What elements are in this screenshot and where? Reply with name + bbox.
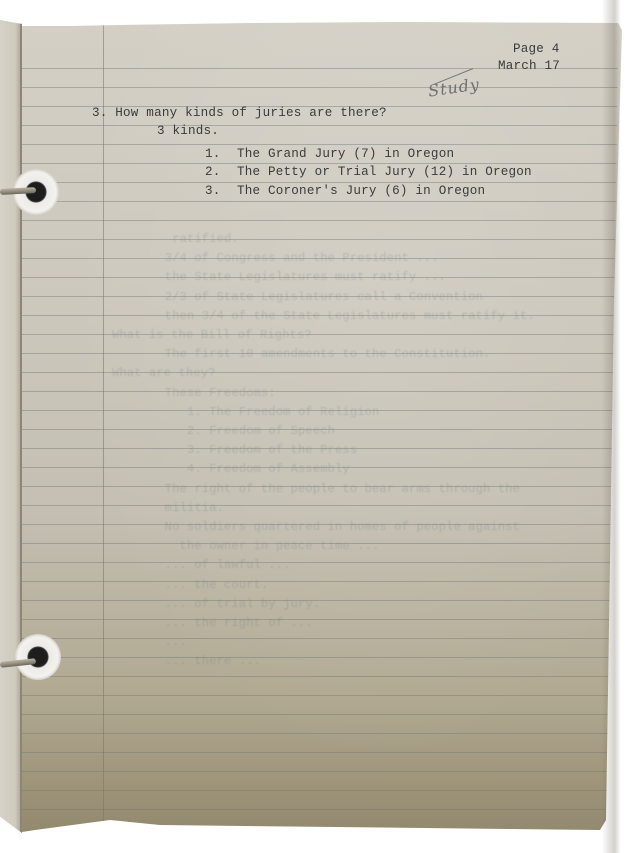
list-number: 1. — [205, 147, 237, 161]
page-number: Page 4 — [513, 42, 560, 56]
red-margin-line — [103, 25, 104, 825]
show-through-line: 2. Freedom of Speech — [150, 424, 335, 438]
show-through-line: the State Legislatures must ratify ... — [150, 270, 446, 284]
previous-page-edge — [0, 18, 22, 833]
show-through-line: 3. Freedom of the Press — [150, 443, 357, 457]
show-through-line: ... there ... — [150, 654, 268, 668]
show-through-line: 1. The Freedom of Religion — [150, 405, 379, 419]
show-through-line: ... of trial by jury. — [150, 597, 320, 611]
notebook-page-photo: ratified. 3/4 of Congress and the Presid… — [0, 0, 640, 853]
show-through-line: 2/3 of State Legislatures call a Convent… — [150, 290, 483, 304]
list-text: The Coroner's Jury (6) in Oregon — [237, 184, 485, 198]
show-through-line: ... — [150, 635, 194, 649]
show-through-line: then 3/4 of the State Legislatures must … — [150, 309, 535, 323]
list-text: The Petty or Trial Jury (12) in Oregon — [237, 165, 532, 179]
list-item: 2.The Petty or Trial Jury (12) in Oregon — [205, 165, 532, 179]
question-answer: 3 kinds. — [157, 124, 219, 138]
show-through-line: What is the Bill of Rights? — [112, 328, 312, 342]
show-through-line: No soldiers quartered in homes of people… — [150, 520, 520, 534]
list-item: 3.The Coroner's Jury (6) in Oregon — [205, 184, 485, 198]
list-item: 1.The Grand Jury (7) in Oregon — [205, 147, 454, 161]
lined-paper: ratified. 3/4 of Congress and the Presid… — [0, 0, 640, 853]
show-through-line: 3/4 of Congress and the President ... — [150, 251, 439, 265]
question-3: 3. How many kinds of juries are there? — [92, 106, 387, 120]
show-through-line: militia. — [150, 501, 224, 515]
question-text: How many kinds of juries are there? — [115, 106, 387, 120]
show-through-line: ... the court. — [150, 578, 268, 592]
list-number: 3. — [205, 184, 237, 198]
binder-hole-bottom — [15, 634, 61, 680]
show-through-line: What are they? — [112, 366, 216, 380]
show-through-line: The right of the people to bear arms thr… — [150, 482, 520, 496]
show-through-line: ... of lawful ... — [150, 558, 298, 572]
show-through-line: ... the right of ... — [150, 616, 320, 630]
show-through-line: the owner in peace time ... — [150, 539, 379, 553]
page-date: March 17 — [498, 59, 560, 73]
question-number: 3. — [92, 106, 108, 120]
list-number: 2. — [205, 165, 237, 179]
list-text: The Grand Jury (7) in Oregon — [237, 147, 454, 161]
show-through-line: The first 10 amendments to the Constitut… — [150, 347, 490, 361]
show-through-line: ratified. — [150, 232, 239, 246]
show-through-line: These Freedoms: — [150, 386, 276, 400]
show-through-line: 4. Freedom of Assembly — [150, 462, 350, 476]
